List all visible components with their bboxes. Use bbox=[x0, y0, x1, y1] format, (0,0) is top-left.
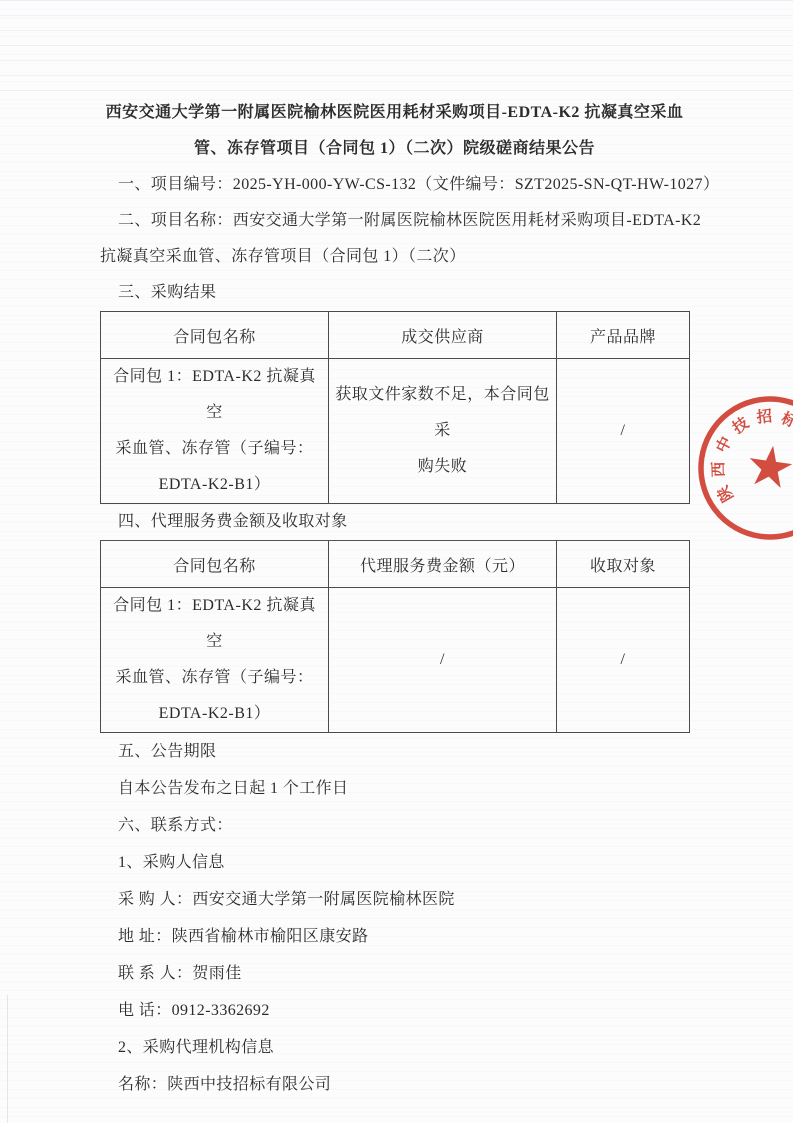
agency-name: 名称：陕西中技招标有限公司 bbox=[100, 1066, 689, 1103]
document-page: 西安交通大学第一附属医院榆林医院医用耗材采购项目-EDTA-K2 抗凝真空采血 … bbox=[0, 0, 793, 1123]
section-heading-agency-fee: 四、代理服务费金额及收取对象 bbox=[100, 504, 689, 540]
announcement-period-content: 自本公告发布之日起 1 个工作日 bbox=[100, 770, 689, 807]
cell-package-name: 合同包 1：EDTA-K2 抗凝真空 采血管、冻存管（子编号： EDTA-K2-… bbox=[101, 588, 329, 733]
cell-package-name: 合同包 1：EDTA-K2 抗凝真空 采血管、冻存管（子编号： EDTA-K2-… bbox=[101, 359, 329, 504]
header-agency-fee-amount: 代理服务费金额（元） bbox=[329, 541, 557, 588]
cell-fee-collector: / bbox=[557, 588, 690, 733]
purchaser-info-heading: 1、采购人信息 bbox=[100, 844, 689, 881]
purchaser-address: 地 址：陕西省榆林市榆阳区康安路 bbox=[100, 918, 689, 955]
section-heading-procurement-result: 三、采购结果 bbox=[100, 275, 689, 311]
section-heading-contact: 六、联系方式： bbox=[100, 807, 689, 844]
seal-ring bbox=[692, 390, 793, 546]
lower-sections: 五、公告期限 自本公告发布之日起 1 个工作日 六、联系方式： 1、采购人信息 … bbox=[100, 733, 689, 1103]
svg-text:中: 中 bbox=[713, 434, 736, 456]
table-header-row: 合同包名称 成交供应商 产品品牌 bbox=[101, 312, 690, 359]
company-seal-stamp: ★ 陕西中技招标有限公司 bbox=[680, 378, 793, 568]
cell-agency-fee-amount: / bbox=[329, 588, 557, 733]
scan-edge-artifact bbox=[7, 995, 8, 1123]
seal-company-text: 陕西中技招标有限公司 bbox=[703, 398, 793, 520]
header-package-name: 合同包名称 bbox=[101, 312, 329, 359]
header-winning-supplier: 成交供应商 bbox=[329, 312, 557, 359]
svg-text:西: 西 bbox=[709, 461, 727, 477]
document-title-line2: 管、冻存管项目（合同包 1）（二次）院级磋商结果公告 bbox=[100, 131, 689, 167]
document-title-line1: 西安交通大学第一附属医院榆林医院医用耗材采购项目-EDTA-K2 抗凝真空采血 bbox=[100, 95, 689, 131]
contact-phone: 电 话：0912-3362692 bbox=[100, 992, 689, 1029]
table-row: 合同包 1：EDTA-K2 抗凝真空 采血管、冻存管（子编号： EDTA-K2-… bbox=[101, 359, 690, 504]
project-name-line1: 二、项目名称：西安交通大学第一附属医院榆林医院医用耗材采购项目-EDTA-K2 bbox=[100, 203, 689, 239]
table-header-row: 合同包名称 代理服务费金额（元） 收取对象 bbox=[101, 541, 690, 588]
scan-band-top bbox=[0, 0, 793, 96]
svg-text:标: 标 bbox=[778, 409, 793, 432]
cell-product-brand: / bbox=[557, 359, 690, 504]
agency-info-heading: 2、采购代理机构信息 bbox=[100, 1029, 689, 1066]
table-row: 合同包 1：EDTA-K2 抗凝真空 采血管、冻存管（子编号： EDTA-K2-… bbox=[101, 588, 690, 733]
header-product-brand: 产品品牌 bbox=[557, 312, 690, 359]
svg-text:招: 招 bbox=[755, 406, 774, 427]
header-fee-collector: 收取对象 bbox=[557, 541, 690, 588]
cell-winning-supplier: 获取文件家数不足，本合同包采 购失败 bbox=[329, 359, 557, 504]
section-heading-announcement-period: 五、公告期限 bbox=[100, 733, 689, 770]
seal-star-icon: ★ bbox=[741, 434, 793, 502]
procurement-result-table: 合同包名称 成交供应商 产品品牌 合同包 1：EDTA-K2 抗凝真空 采血管、… bbox=[100, 311, 690, 504]
agency-fee-table: 合同包名称 代理服务费金额（元） 收取对象 合同包 1：EDTA-K2 抗凝真空… bbox=[100, 540, 690, 733]
project-name-line2: 抗凝真空采血管、冻存管项目（合同包 1）（二次） bbox=[100, 239, 689, 275]
project-number: 一、项目编号：2025-YH-000-YW-CS-132（文件编号：SZT202… bbox=[100, 167, 689, 203]
purchaser-name: 采 购 人：西安交通大学第一附属医院榆林医院 bbox=[100, 881, 689, 918]
contact-person: 联 系 人：贺雨佳 bbox=[100, 955, 689, 992]
svg-text:技: 技 bbox=[728, 414, 752, 438]
svg-text:陕: 陕 bbox=[713, 482, 737, 505]
header-package-name: 合同包名称 bbox=[101, 541, 329, 588]
